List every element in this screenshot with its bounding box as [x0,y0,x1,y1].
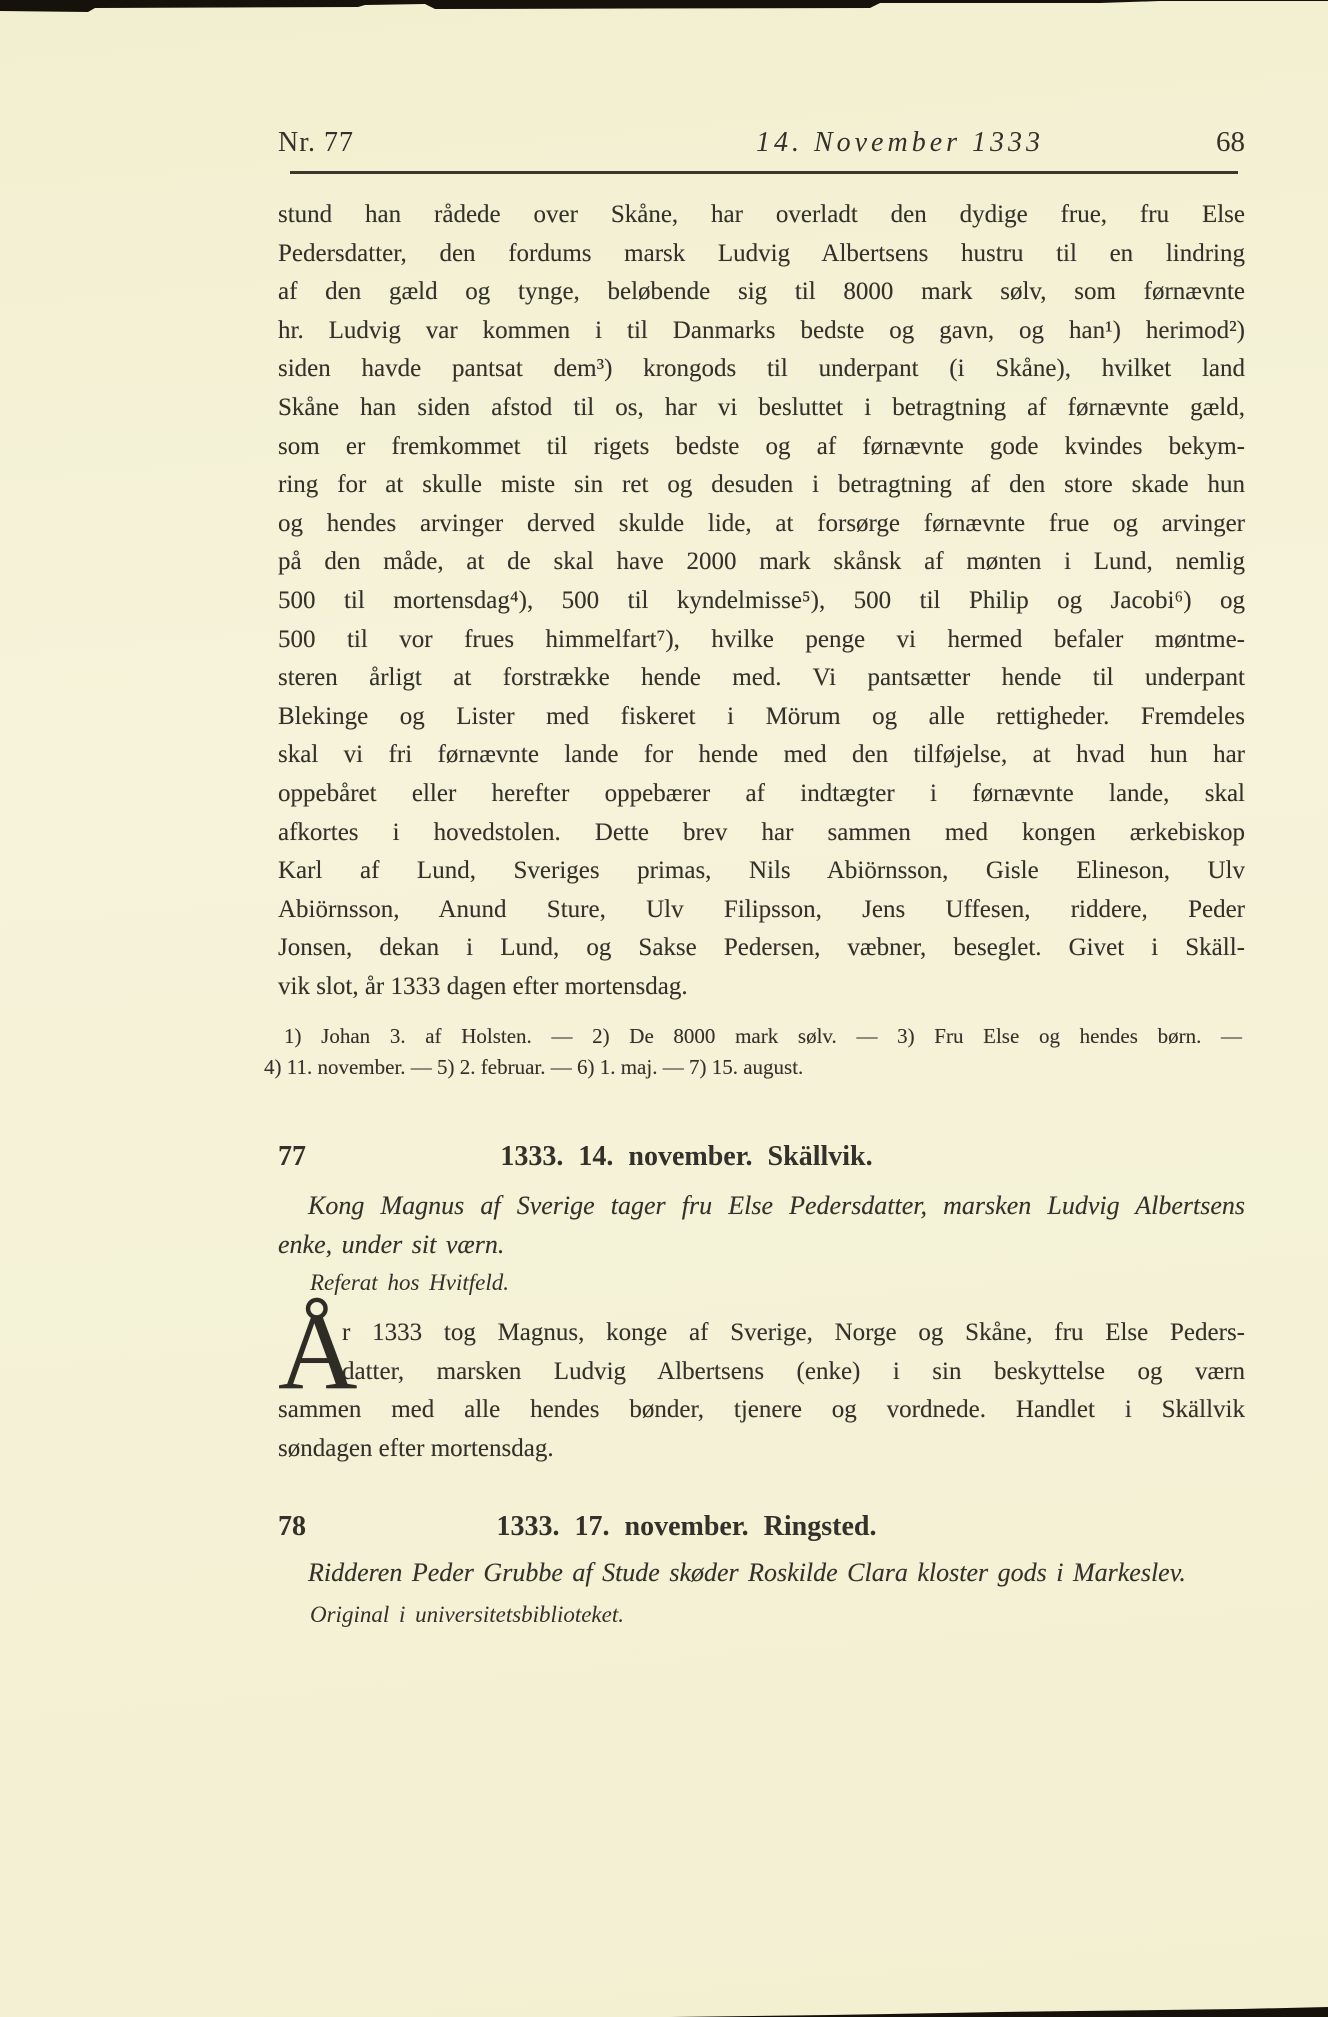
text-line: stund han rådede over Skåne, har overlad… [278,196,1245,235]
entry-77-heading: 1333. 14. november. Skällvik. [278,1141,1245,1173]
running-header: Nr. 77 14. November 1333 68 [278,126,1245,159]
scan-edge-bottom-artifact [0,2003,1328,2017]
text-line: Ridderen Peder Grubbe af Stude skøder Ro… [278,1553,1245,1592]
text-line: Jonsen, dekan i Lund, og Sakse Pedersen,… [278,929,1245,968]
text-line: Karl af Lund, Sveriges primas, Nils Abiö… [278,852,1245,891]
text-line: 500 til mortensdag⁴), 500 til kyndelmiss… [278,582,1245,621]
text-line: af den gæld og tynge, beløbende sig til … [278,273,1245,312]
text-line: enke, under sit værn. [278,1225,1245,1264]
text-line: Skåne han siden afstod til os, har vi be… [278,389,1245,428]
text-line: afkortes i hovedstolen. Dette brev har s… [278,814,1245,853]
text-line: r 1333 tog Magnus, konge af Sverige, Nor… [342,1314,1245,1353]
text-line: 1) Johan 3. af Holsten. — 2) De 8000 mar… [264,1021,1242,1052]
text-line: 500 til vor frues himmelfart⁷), hvilke p… [278,621,1245,660]
text-line: Pedersdatter, den fordums marsk Ludvig A… [278,235,1245,274]
entry-77-body: Å r 1333 tog Magnus, konge af Sverige, N… [278,1314,1245,1468]
text-line: steren årligt at forstrække hende med. V… [278,659,1245,698]
text-line: og hendes arvinger derved skulde lide, a… [278,505,1245,544]
footnotes-block: 1) Johan 3. af Holsten. — 2) De 8000 mar… [264,1021,1242,1083]
text-line: datter, marsken Ludvig Albertsens (enke)… [342,1353,1245,1392]
text-line: på den måde, at de skal have 2000 mark s… [278,543,1245,582]
header-rule [290,171,1238,174]
text-line: 4) 11. november. — 5) 2. februar. — 6) 1… [264,1052,1242,1083]
text-line: sammen med alle hendes bønder, tjenere o… [278,1391,1245,1430]
entry-78-number: 78 [278,1511,306,1543]
text-line: vik slot, år 1333 dagen efter mortensdag… [278,968,1245,1007]
text-line: Abiörnsson, Anund Sture, Ulv Filipsson, … [278,891,1245,930]
text-line: som er fremkommet til rigets bedste og a… [278,428,1245,467]
entry-78-source-note: Original i universitetsbiblioteket. [310,1601,624,1629]
text-line: oppebåret eller herefter oppebærer af in… [278,775,1245,814]
text-line: Blekinge og Lister med fiskeret i Mörum … [278,698,1245,737]
page-number: 68 [1216,126,1245,159]
entry-77-summary: Kong Magnus af Sverige tager fru Else Pe… [278,1186,1245,1264]
text-line: søndagen efter mortensdag. [278,1430,1245,1469]
entry-77-heading-row: 77 1333. 14. november. Skällvik. [278,1141,1245,1177]
entry-77-number: 77 [278,1141,306,1173]
entry-78-summary: Ridderen Peder Grubbe af Stude skøder Ro… [278,1553,1245,1592]
entry-78-heading: 1333. 17. november. Ringsted. [278,1511,1245,1543]
text-line: Kong Magnus af Sverige tager fru Else Pe… [278,1186,1245,1225]
text-line: ring for at skulle miste sin ret og desu… [278,466,1245,505]
scan-edge-top-artifact [0,0,1328,16]
text-line: siden havde pantsat dem³) krongods til u… [278,350,1245,389]
dropcap-initial: Å [278,1296,357,1406]
running-date-title: 14. November 1333 [354,127,1216,159]
continuation-paragraph: stund han rådede over Skåne, har overlad… [278,196,1245,1006]
text-line: hr. Ludvig var kommen i til Danmarks bed… [278,312,1245,351]
book-page-scan: Nr. 77 14. November 1333 68 stund han rå… [0,0,1328,2017]
text-line: skal vi fri førnævnte lande for hende me… [278,736,1245,775]
entry-78-heading-row: 78 1333. 17. november. Ringsted. [278,1511,1245,1547]
entry-77-body-lines: r 1333 tog Magnus, konge af Sverige, Nor… [278,1314,1245,1468]
document-number: Nr. 77 [278,127,354,159]
